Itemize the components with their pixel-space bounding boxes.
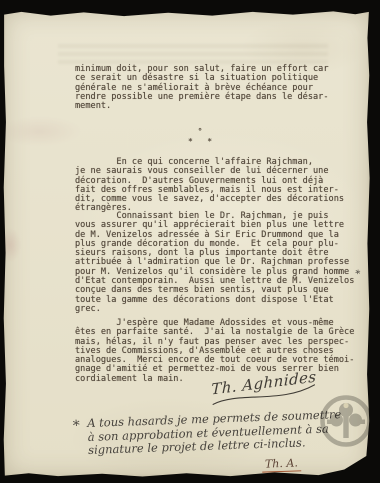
letter-page: minimum doit, pour son salut, faire un e…: [3, 10, 370, 477]
paragraph-1: minimum doit, pour son salut, faire un e…: [75, 65, 329, 111]
section-divider: ° * *: [150, 127, 250, 146]
archive-stamp-icon: [318, 393, 374, 449]
footnote-marker: *: [72, 418, 80, 434]
paragraph-2: En ce qui concerne l'affaire Rajchman, j…: [75, 158, 344, 214]
footnote-reference-mark: *: [354, 269, 360, 281]
footnote-initials: Th. A.: [262, 456, 301, 472]
footnote-text: A tous hasards je me permets de soumettr…: [87, 408, 342, 457]
scan-background: { "document": { "language": "French", "p…: [0, 0, 380, 483]
paragraph-3: Connaissant bien le Dr. Rajchman, je pui…: [75, 212, 354, 314]
bleed-through-stain: [58, 40, 328, 66]
ink-smudge-stain: [0, 228, 21, 262]
